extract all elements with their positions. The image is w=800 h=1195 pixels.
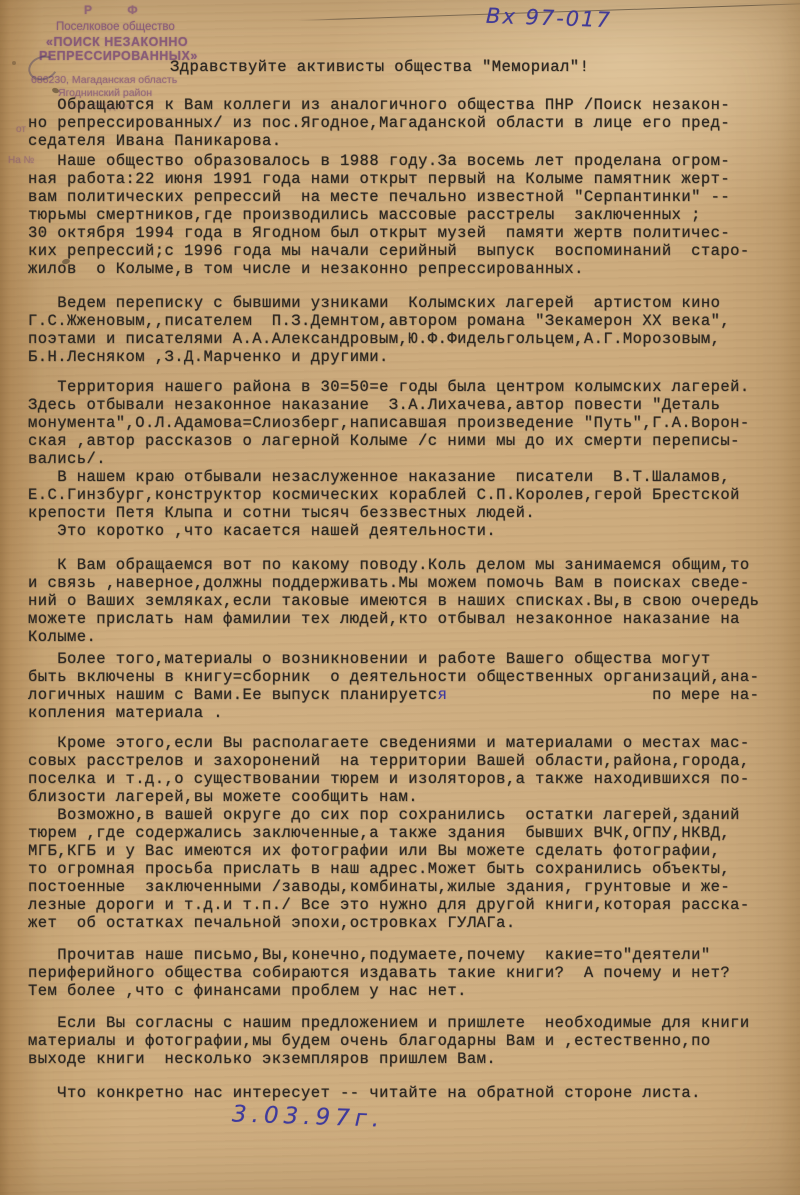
paragraph-6: Это коротко ,что касается нашей деятельн… xyxy=(28,522,790,540)
handwritten-inserted-letter: я xyxy=(438,686,448,704)
paragraph-5: В нашем краю отбывали незаслуженное нака… xyxy=(28,468,790,522)
salutation: Здравствуйте активисты общества "Мемориа… xyxy=(170,58,790,76)
letter-body: Здравствуйте активисты общества "Мемориа… xyxy=(28,58,790,1102)
paragraph-3: Ведем переписку с бывшими узниками Колым… xyxy=(28,294,790,366)
paragraph-2: Наше общество образовалось в 1988 году.З… xyxy=(28,152,790,278)
paragraph-10: Возможно,в вашей округе до сих пор сохра… xyxy=(28,806,790,932)
paragraph-13: Что конкретно нас интересует -- читайте … xyxy=(28,1084,790,1102)
registration-mark: Вх 97-017 xyxy=(486,4,613,32)
paragraph-12: Если Вы согласны с нашим предложением и … xyxy=(28,1014,790,1068)
paragraph-1: Обращаются к Вам коллеги из аналогичного… xyxy=(28,96,790,150)
stamp-name-line-1: «ПОИСК НЕЗАКОННО xyxy=(46,35,188,49)
paragraph-7: К Вам обращаемся вот по какому поводу.Ко… xyxy=(28,556,790,646)
paragraph-9: Кроме этого,если Вы располагаете сведени… xyxy=(28,734,790,806)
handwritten-date: 3.03.97г. xyxy=(232,1101,385,1132)
paper-speck xyxy=(12,61,16,65)
stamp-form-from: от xyxy=(16,124,26,135)
paragraph-8: Более того,материалы о возникновении и р… xyxy=(28,650,790,722)
paragraph-11: Прочитав наше письмо,Вы,конечно,подумает… xyxy=(28,946,790,1000)
paragraph-4: Территория нашего района в 30=50=е годы … xyxy=(28,378,790,468)
letter-page: Р Ф Поселковое общество «ПОИСК НЕЗАКОННО… xyxy=(0,0,800,1195)
stamp-org-type: Поселковое общество xyxy=(56,21,175,33)
stamp-rf-line: Р Ф xyxy=(84,3,154,17)
